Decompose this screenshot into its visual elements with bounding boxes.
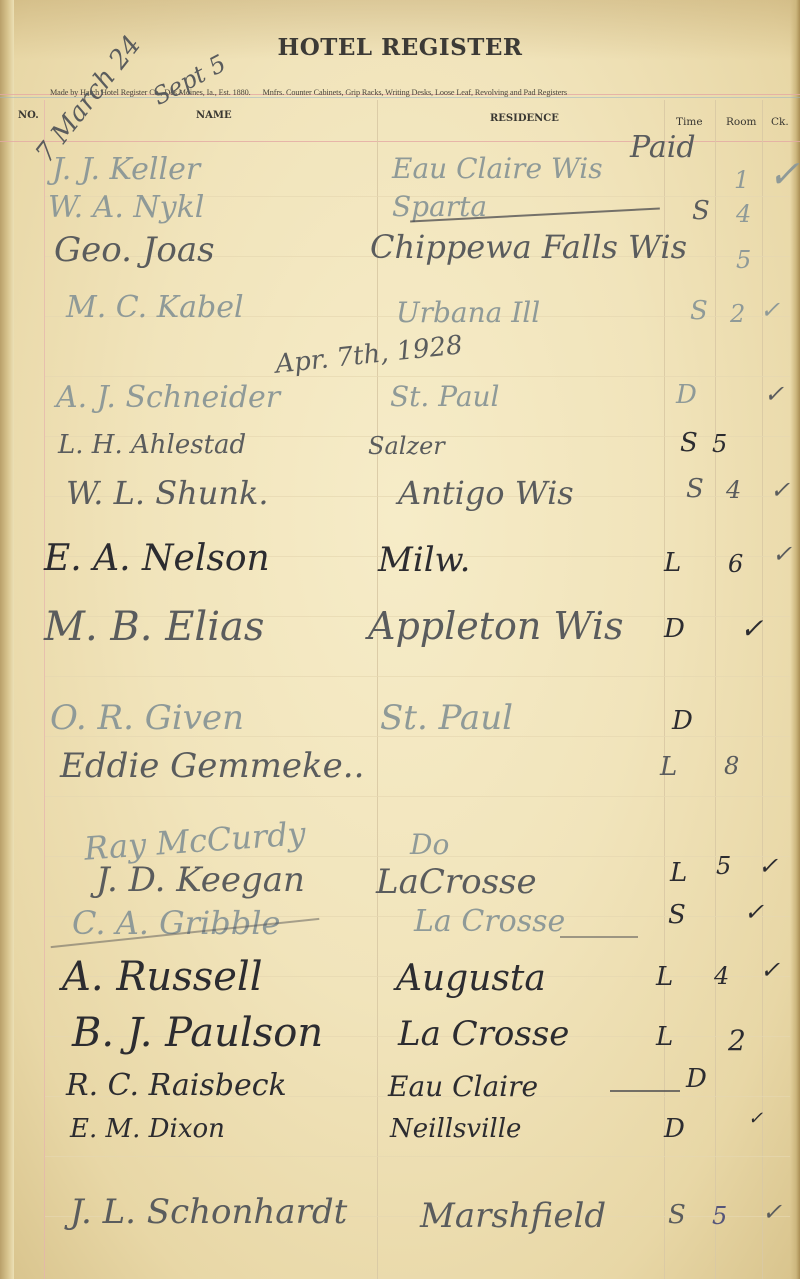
entry-residence: Milw. [378,540,470,580]
entry-time: D [686,1064,707,1094]
entry-time: L [656,962,673,992]
header-rule-blue [0,97,800,98]
check-mark-icon: ✓ [760,296,780,324]
check-mark-icon: ✓ [772,540,792,568]
register-page: HOTEL REGISTER Made by Hatch Hotel Regis… [0,0,800,1279]
entry-time: D [664,614,685,644]
entry-residence: Marshfield [420,1196,606,1236]
time-room-divider [715,100,716,1279]
margin-line [44,100,45,1279]
column-header-ck: Ck. [771,116,789,128]
entry-name: J. D. Keegan [96,860,305,900]
entry-time: L [660,752,677,782]
entry-name: O. R. Given [50,698,244,738]
entry-time: S [668,1200,686,1230]
entry-residence: LaCrosse [376,862,537,902]
entry-room: 4 [726,476,741,504]
ledger-line [45,676,790,677]
entry-name: C. A. Gribble [72,904,280,942]
entry-residence: Salzer [368,432,445,460]
entry-name: M. C. Kabel [66,290,244,325]
entry-time: D [664,1114,685,1144]
column-header-residence: RESIDENCE [490,113,559,124]
column-header-time: Time [676,116,703,128]
check-mark-icon: ✓ [764,380,784,408]
entry-time: S [686,474,704,504]
entry-room: 5 [736,246,751,274]
column-header-no: NO. [18,110,39,121]
strikethrough-line [610,1090,680,1092]
entry-name: E. M. Dixon [70,1114,225,1144]
check-mark-icon: ✓ [770,476,790,504]
entry-residence: Do [410,828,449,861]
entry-time: S [680,428,698,458]
strikethrough-line [560,936,638,938]
entry-room: 5 [716,852,731,880]
ledger-line [45,1156,790,1157]
name-residence-divider [377,100,378,1279]
entry-room: 5 [712,1202,727,1230]
entry-residence: Eau Claire [388,1070,538,1103]
entry-time: S [668,900,686,930]
entry-name: W. A. Nykl [48,190,204,225]
entry-residence: Neillsville [390,1114,521,1144]
check-mark-icon: ✓ [762,1198,782,1226]
entry-time: S [690,296,708,326]
entry-residence: Chippewa Falls Wis [370,228,687,266]
entry-room: 1 [734,166,749,194]
maker-line: Made by Hatch Hotel Register Co., Des Mo… [50,88,577,97]
entry-room: 4 [714,962,729,990]
check-mark-icon: ✓ [740,612,763,645]
entry-room: 2 [728,1024,746,1057]
entry-residence: Urbana Ill [396,296,540,329]
entry-room: 5 [712,430,727,458]
entry-name: A. Russell [62,954,263,1000]
column-header-room: Room [726,116,757,128]
entry-time: L [656,1022,673,1052]
entry-time: D [672,706,693,736]
entry-name: J. L. Schonhardt [70,1192,347,1232]
check-mark-icon: ✓ [760,956,780,984]
entry-name: M. B. Elias [44,604,264,650]
check-mark-icon: ✓ [748,1108,763,1129]
check-mark-icon: ✓ [744,898,764,926]
ledger-line [45,376,790,377]
date-divider-note: Apr. 7th, 1928 [274,330,464,379]
room-ck-divider [762,100,763,1279]
check-mark-icon: ✓ [758,852,778,880]
entry-name: J. J. Keller [52,152,200,187]
entry-name: W. L. Shunk. [66,474,269,512]
entry-time: L [664,548,681,578]
entry-residence: Appleton Wis [368,604,623,648]
entry-residence: La Crosse [398,1014,569,1054]
entry-time: S [692,196,710,226]
book-binding-edge [0,0,14,1279]
entry-time: L [670,858,687,888]
entry-time: D [676,380,697,410]
entry-name: B. J. Paulson [72,1010,323,1056]
entry-residence: Antigo Wis [398,474,574,512]
check-mark-icon: ✓ [768,152,800,196]
entry-name: E. A. Nelson [44,538,270,579]
entry-residence: Eau Claire Wis [392,152,603,185]
paid-note: Paid [630,130,696,165]
entry-room: 8 [724,752,739,780]
entry-residence: St. Paul [390,380,500,413]
entry-name: Geo. Joas [54,230,215,270]
entry-name: R. C. Raisbeck [66,1068,287,1103]
entry-room: 4 [736,200,751,228]
residence-time-divider [664,100,665,1279]
ledger-line [45,796,790,797]
entry-name: A. J. Schneider [56,380,280,415]
entry-name: L. H. Ahlestad [58,430,246,460]
entry-residence: La Crosse [414,904,565,939]
maker-text-2: Mnfrs. Counter Cabinets, Grip Racks, Wri… [263,88,567,97]
entry-residence: St. Paul [380,698,513,738]
entry-residence: Augusta [396,958,546,999]
column-header-name: NAME [196,110,232,121]
entry-name: Eddie Gemmeke.. [60,746,364,786]
entry-room: 6 [728,550,743,578]
entry-room: 2 [730,300,745,328]
